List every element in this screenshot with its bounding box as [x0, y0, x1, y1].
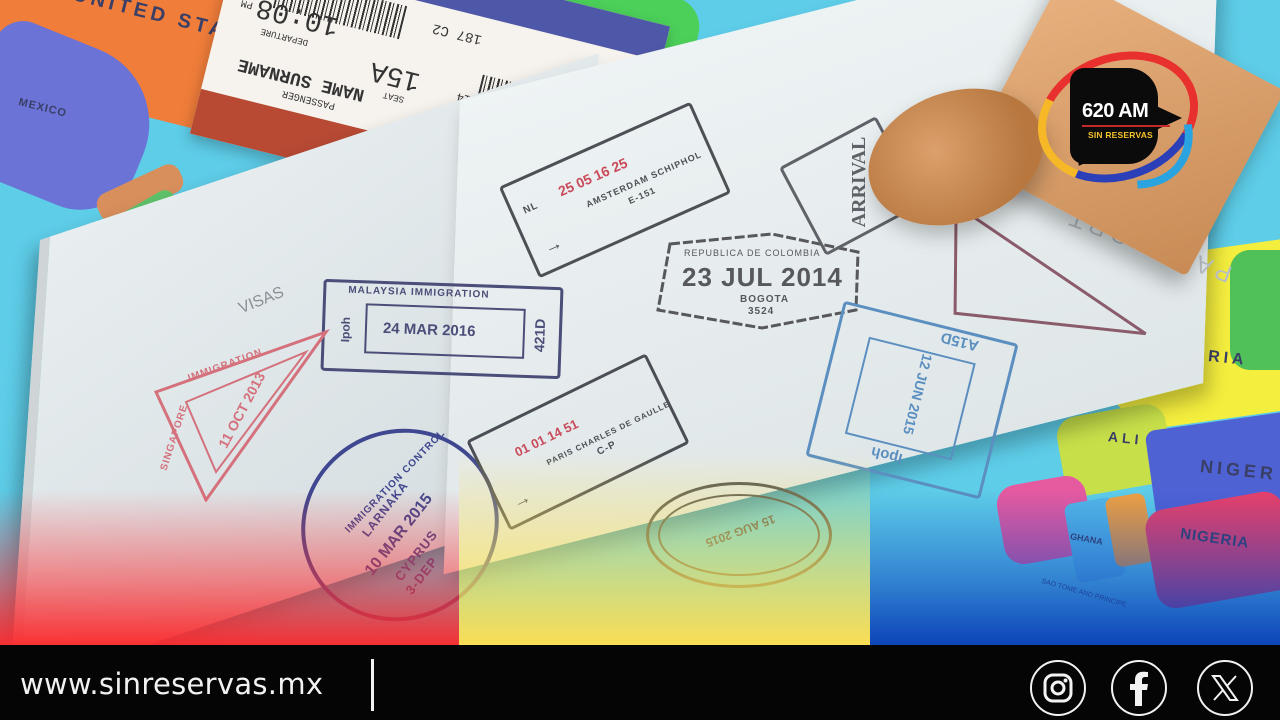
logo-rule	[1082, 125, 1170, 127]
stamp-malaysia: MALAYSIA IMMIGRATION 24 MAR 2016 Ipoh 42…	[320, 279, 563, 379]
stamp-text: A15D	[939, 328, 980, 354]
hero-image: UNITED STATES MEXICO COSTA RICA JAMAICA …	[0, 0, 1280, 645]
stamp-text: REPUBLICA DE COLOMBIA	[684, 248, 821, 258]
arrow-icon: →	[509, 487, 534, 514]
stamp-cyprus: IMMIGRATION CONTROL LARNAKA 10 MAR 2015 …	[300, 430, 500, 620]
stamp-text: Ipoh	[338, 317, 353, 343]
stamp-date: 23 JUL 2014	[682, 262, 843, 293]
footer-bar: www.sinreservas.mx	[0, 645, 1280, 720]
facebook-icon	[1127, 670, 1151, 706]
stamp-text: NL	[522, 200, 540, 216]
instagram-button[interactable]	[1030, 660, 1086, 716]
stamp-round: 15 AUG 2015	[646, 482, 832, 588]
website-link[interactable]: www.sinreservas.mx	[20, 667, 323, 701]
instagram-icon	[1042, 672, 1074, 704]
arrow-icon: →	[541, 232, 566, 259]
facebook-button[interactable]	[1111, 660, 1167, 716]
stamp-text: BOGOTA	[740, 294, 789, 305]
x-button[interactable]	[1197, 660, 1253, 716]
stamp-text: MALAYSIA IMMIGRATION	[348, 285, 490, 301]
stamp-text: ARRIVAL	[848, 137, 871, 228]
boarding-pass-suffix: PM	[240, 0, 254, 10]
stamp-text: 421D	[531, 318, 548, 352]
x-icon	[1210, 673, 1240, 703]
stamp-date: 24 MAR 2016	[383, 320, 476, 340]
divider	[371, 659, 374, 711]
station-logo: 620 AM SIN RESERVAS	[1036, 54, 1200, 180]
logo-station: 620 AM	[1082, 100, 1148, 123]
logo-tagline: SIN RESERVAS	[1088, 130, 1153, 140]
stamp-text: 3524	[748, 306, 774, 317]
